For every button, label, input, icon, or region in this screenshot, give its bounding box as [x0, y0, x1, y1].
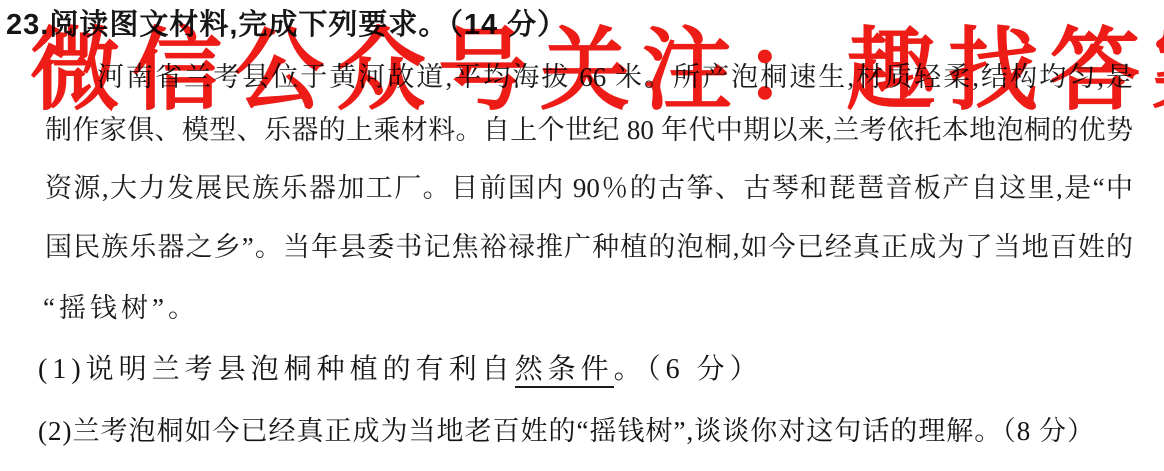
question-title: 23.阅读图文材料,完成下列要求。（14 分） — [6, 2, 567, 43]
paragraph-line-3: 资源,大力发展民族乐器加工厂。目前国内 90％的古筝、古琴和琵琶音板产自这里,是… — [45, 171, 1133, 205]
paragraph-line-5: “摇钱树”。 — [43, 291, 199, 325]
exam-page: 23.阅读图文材料,完成下列要求。（14 分） 河南省兰考县位于黄河故道,平均海… — [0, 0, 1164, 471]
question-2: (2)兰考泡桐如今已经真正成为当地老百姓的“摇钱树”,谈谈你对这句话的理解。（8… — [38, 413, 1095, 449]
question-1-underlined-term: 然条件 — [515, 354, 614, 388]
question-1-suffix: 。（6 分） — [614, 354, 763, 385]
paragraph-line-1: 河南省兰考县位于黄河故道,平均海拔 66 米。所产泡桐速生,材质轻柔,结构均匀,… — [97, 60, 1133, 94]
question-1: (1)说明兰考县泡桐种植的有利自然条件。（6 分） — [38, 352, 763, 388]
question-1-text: (1)说明兰考县泡桐种植的有利自 — [38, 354, 515, 385]
paragraph-line-2: 制作家俱、模型、乐器的上乘材料。自上个世纪 80 年代中期以来,兰考依托本地泡桐… — [45, 113, 1133, 147]
paragraph-line-4: 国民族乐器之乡”。当年县委书记焦裕禄推广种植的泡桐,如今已经真正成为了当地百姓的 — [45, 230, 1133, 264]
